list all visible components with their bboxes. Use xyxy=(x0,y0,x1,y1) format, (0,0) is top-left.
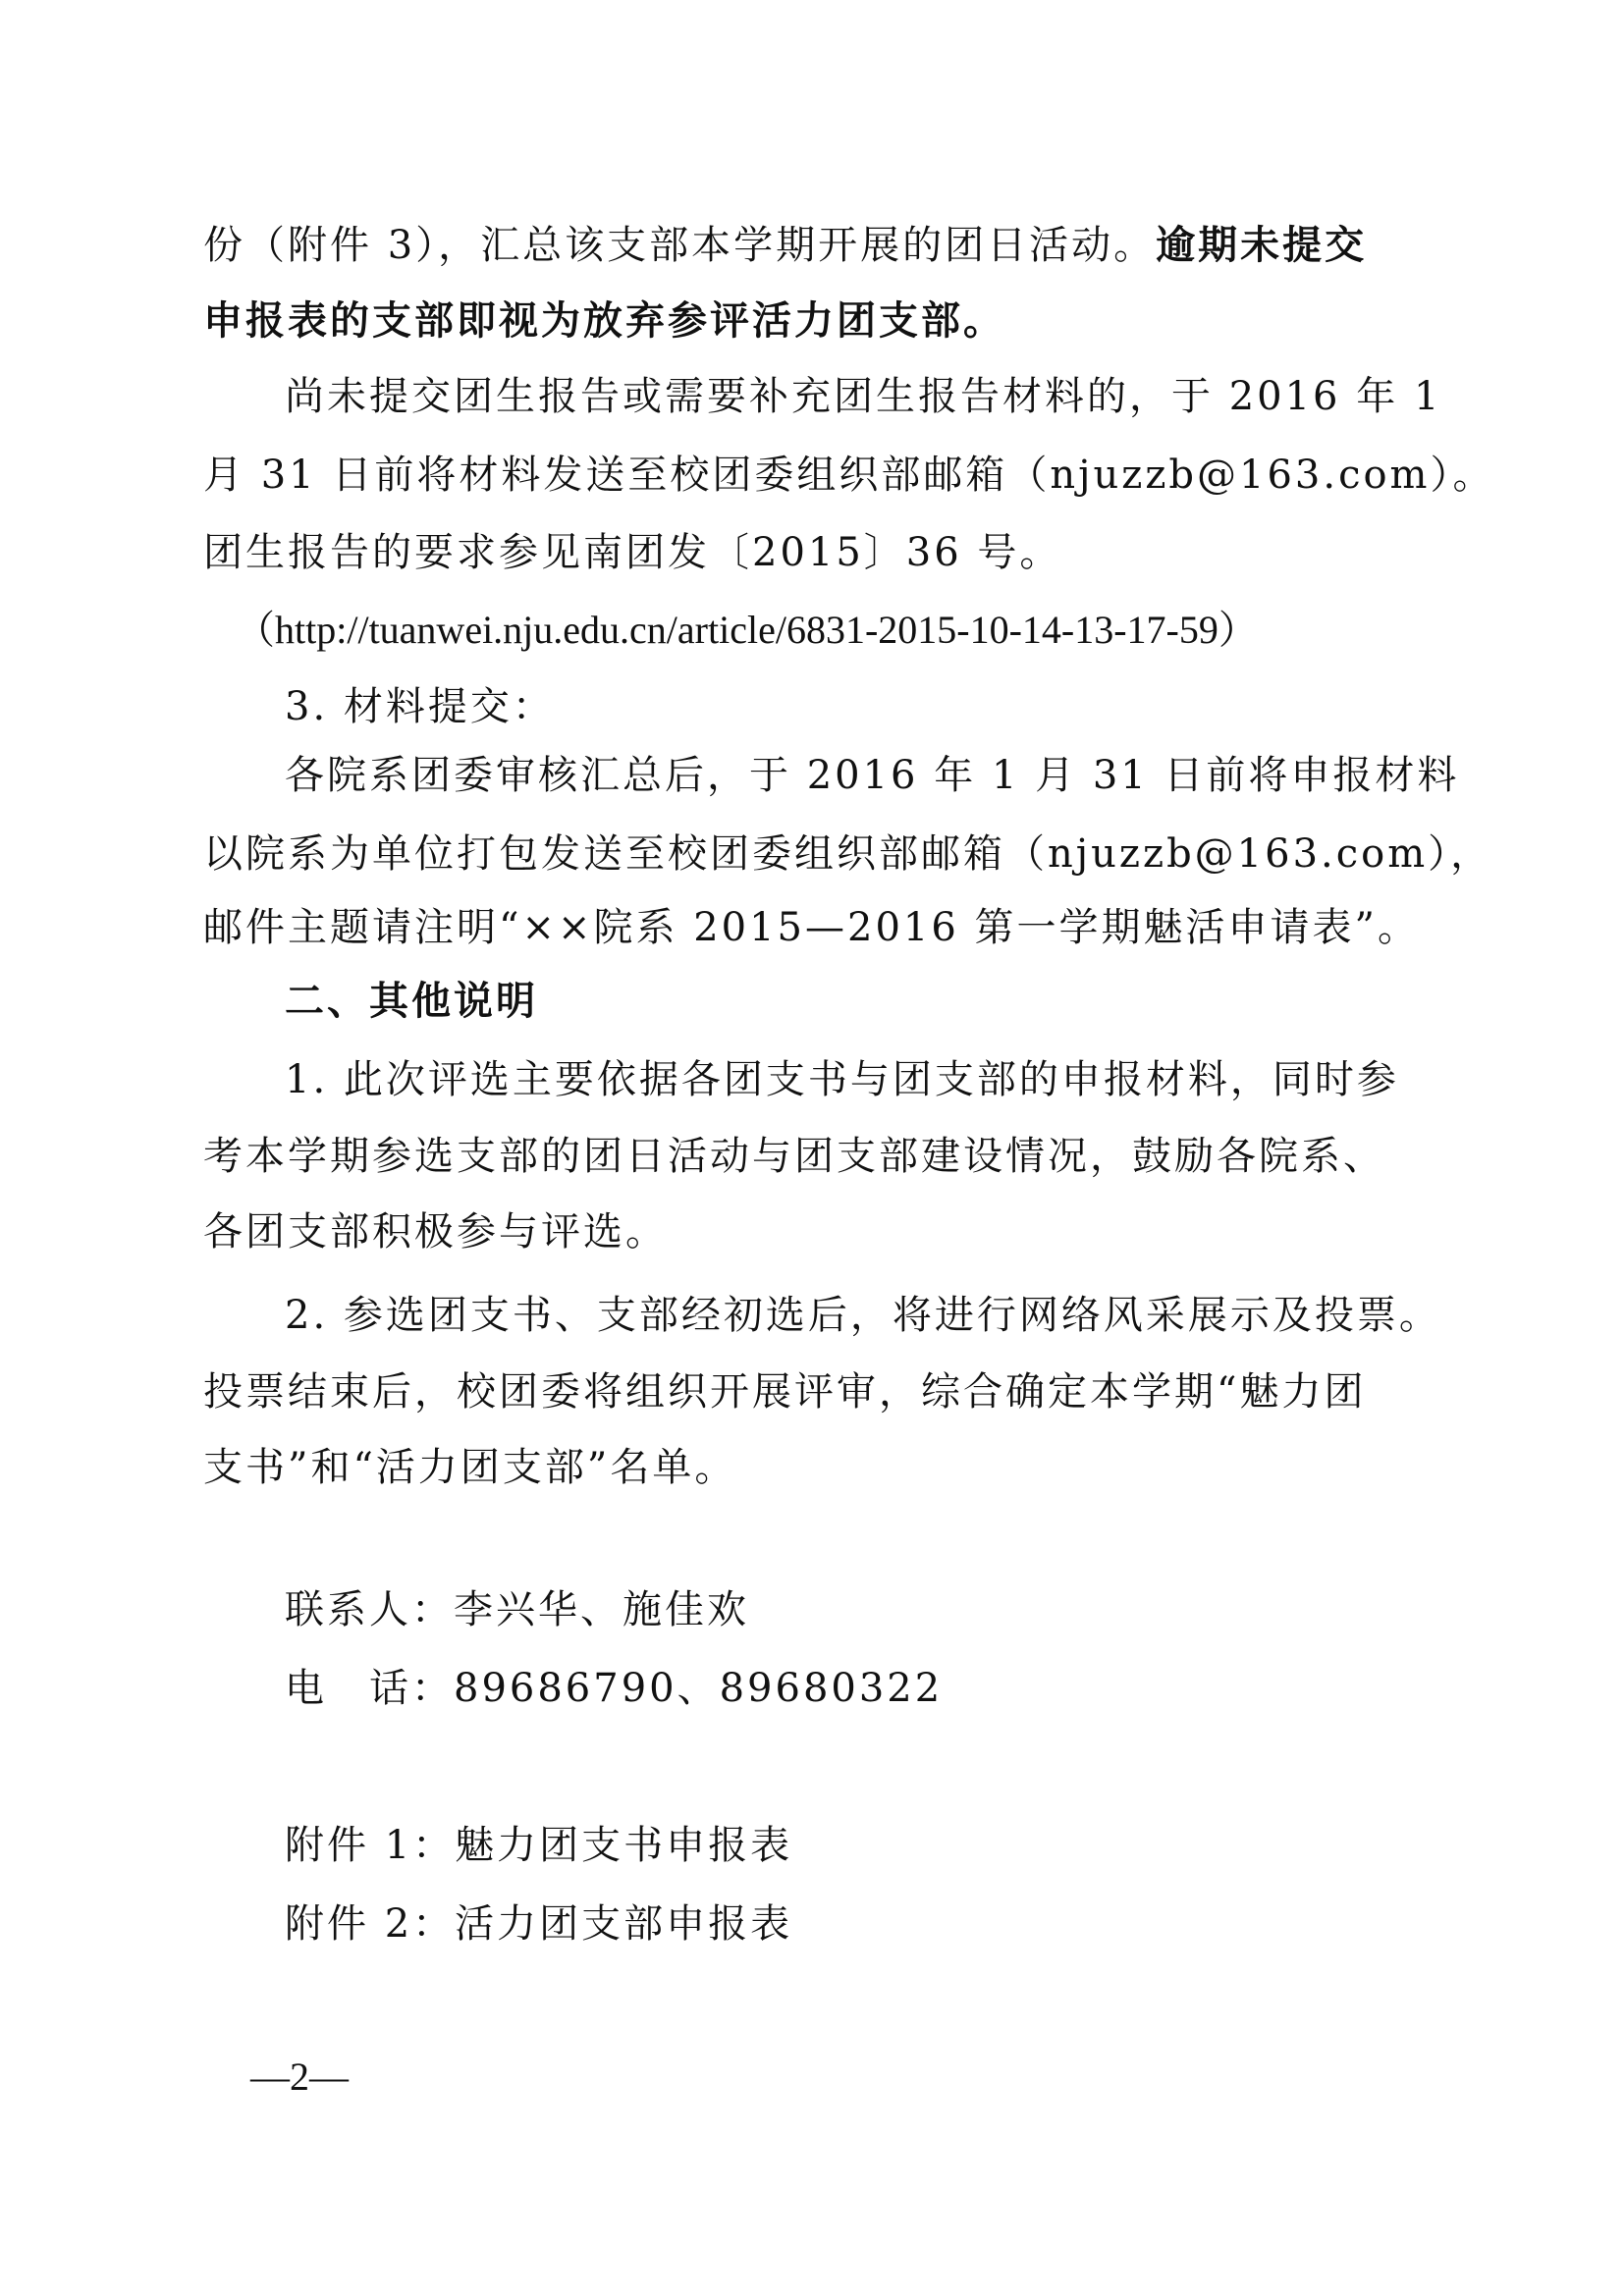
paragraph-report-line-3: 团生报告的要求参见南团发〔2015〕36 号。 xyxy=(203,529,1429,576)
phone-label: 电 话： xyxy=(285,1666,454,1711)
section-heading-other-notes: 二、其他说明 xyxy=(285,978,1510,1025)
paragraph-line-2-bold: 申报表的支部即视为放弃参评活力团支部。 xyxy=(203,297,1429,345)
paragraph-report-line-1: 尚未提交团生报告或需要补充团生报告材料的，于 2016 年 1 xyxy=(285,373,1429,420)
paragraph-report-line-2: 月 31 日前将材料发送至校团委组织部邮箱（njuzzb@163.com）。 xyxy=(203,452,1429,499)
attachment-2: 附件 2：活力团支部申报表 xyxy=(285,1900,1429,1948)
reference-url[interactable]: （http://tuanwei.nju.edu.cn/article/6831-… xyxy=(236,607,1461,654)
note-2-line-1: 2. 参选团支书、支部经初选后，将进行网络风采展示及投票。 xyxy=(285,1292,1429,1339)
text-bold-emphasis: 逾期未提交 xyxy=(1156,223,1367,268)
attachment-1: 附件 1：魅力团支书申报表 xyxy=(285,1822,1429,1869)
note-1-line-3: 各团支部积极参与评选。 xyxy=(203,1208,1429,1255)
contact-names: 李兴华、施佳欢 xyxy=(454,1587,749,1632)
text-normal: 份（附件 3），汇总该支部本学期开展的团日活动。 xyxy=(203,223,1156,268)
section-item-3-heading: 3. 材料提交： xyxy=(285,683,1429,730)
contact-persons: 联系人：李兴华、施佳欢 xyxy=(285,1586,1429,1633)
contact-phone: 电 话：89686790、89680322 xyxy=(285,1665,1429,1712)
contact-label: 联系人： xyxy=(285,1587,454,1632)
paragraph-line-1: 份（附件 3），汇总该支部本学期开展的团日活动。逾期未提交 xyxy=(203,222,1429,269)
note-2-line-3: 支书”和“活力团支部”名单。 xyxy=(203,1444,1429,1491)
submission-line-3: 邮件主题请注明“××院系 2015—2016 第一学期魅活申请表”。 xyxy=(203,904,1429,951)
submission-line-2: 以院系为单位打包发送至校团委组织部邮箱（njuzzb@163.com）， xyxy=(203,830,1429,878)
submission-line-1: 各院系团委审核汇总后，于 2016 年 1 月 31 日前将申报材料 xyxy=(285,752,1429,799)
page-number: —2— xyxy=(250,2054,349,2101)
note-1-line-1: 1. 此次评选主要依据各团支书与团支部的申报材料，同时参 xyxy=(285,1056,1429,1103)
note-1-line-2: 考本学期参选支部的团日活动与团支部建设情况，鼓励各院系、 xyxy=(203,1133,1429,1180)
phone-numbers: 89686790、89680322 xyxy=(454,1666,943,1711)
note-2-line-2: 投票结束后，校团委将组织开展评审，综合确定本学期“魅力团 xyxy=(203,1368,1429,1415)
